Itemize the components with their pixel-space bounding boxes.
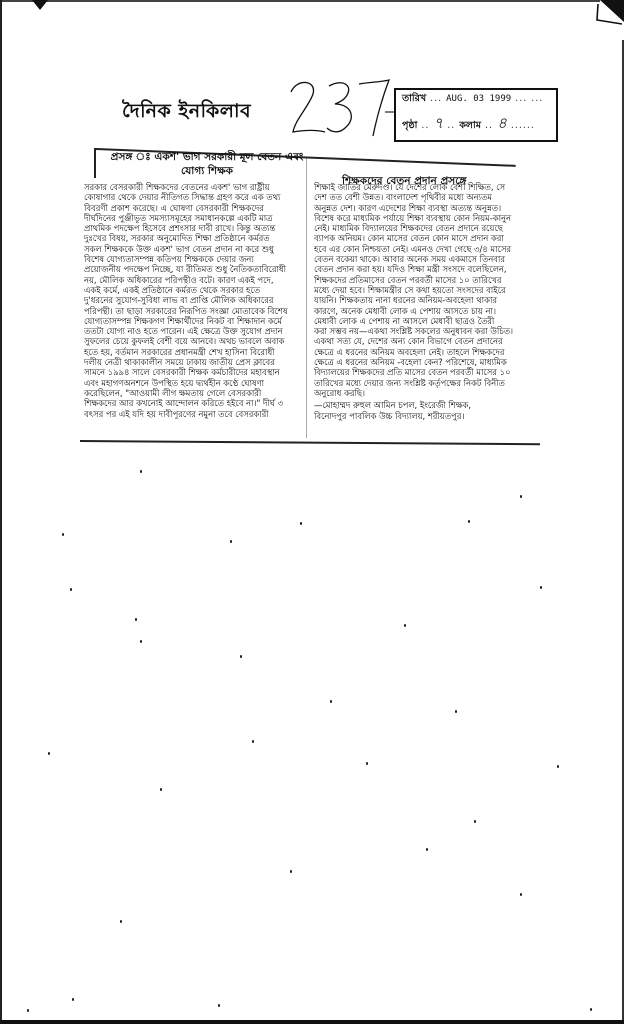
article-line: ক্ষেত্রে এ ধরনের অনিয়ম অবহেলা নেই। তাহল…	[314, 347, 536, 357]
scan-speck	[62, 533, 64, 536]
article-line: বিশেষ যোগ্যতাসম্পন্ন কতিপয় শিক্ষককে দেয…	[84, 254, 306, 264]
article-line: হবে এর কোন নিশ্চয়তা নেই। এমনও দেখা গেছে…	[314, 244, 536, 254]
scan-speck	[540, 586, 542, 589]
article-line: কোষাগার থেকে দেয়ার নীতিগত সিদ্ধান্ত গ্র…	[84, 192, 306, 202]
article-line: এবং মহাগণঅনশনে উপস্থিত হয়ে দ্ব্যর্থহীন …	[84, 378, 306, 388]
page-notch	[32, 0, 48, 10]
article-line: মধ্যে দেয়া হবে। শিক্ষামন্ত্রীর সে কথা হ…	[314, 285, 536, 295]
article-line: যোগ্যতাসম্পন্ন শিক্ষকগণ শিক্ষার্থীদের নি…	[84, 316, 306, 326]
article-line: বেতন প্রদান করা হয়। যদিও শিক্ষা মন্ত্রী…	[314, 264, 536, 274]
dot-leader: ..	[485, 121, 493, 131]
article-line: শিক্ষকদের প্রতিমাসের বেতন পরবর্তী মাসের …	[314, 275, 536, 285]
article-line: হতে হয়, বর্তমান সরকারের প্রধানমন্ত্রী শ…	[84, 347, 306, 357]
article-line: সরকার বেসরকারী শিক্ষকদের বেতনের একশ' ভাগ…	[84, 182, 306, 192]
scan-speck	[474, 820, 476, 823]
scan-speck	[120, 920, 122, 923]
handwritten-number: 237	[285, 76, 395, 138]
article-line: করেছিলেন, "আওয়ামী লীগ ক্ষমতায় গেলে বেস…	[84, 388, 306, 398]
page-edge-left	[0, 0, 2, 1024]
article-line: বিবরণী প্রকাশ করেছে। এ ঘোষণা বেসরকারী শি…	[84, 203, 306, 213]
article-2-body: শিক্ষাই জাতির মেরুদণ্ড। যে দেশের লোক বেশ…	[314, 182, 536, 421]
article-line: বিশেষ করে মাধ্যমিক পর্যায়ে শিক্ষা ব্যবস…	[314, 213, 536, 223]
article-line: বেতন বকেয়া থাকে। আবার অনেক সময় একমাসে …	[314, 254, 536, 264]
article-line: দলীয় নেত্রী থাকাকালীন সময়ে ঢাকায় জাতী…	[84, 357, 306, 367]
scan-speck	[140, 470, 142, 473]
dot-leader: ......	[511, 121, 535, 131]
scan-speck	[404, 624, 406, 627]
article-line: দীর্ঘদিনের পুঞ্জীভূত সমস্যাসমূহের সমাধান…	[84, 213, 306, 223]
stamp-date-row: তারিখ ... AUG. 03 1999 ... ...	[402, 94, 550, 116]
article-signature: —মোহাম্মদ রুহুল আমিন চপল, ইংরেজী শিক্ষক,	[314, 400, 536, 410]
scan-speck	[70, 588, 72, 591]
article-line: সুফলের চেয়ে কুফলই বেশী বয়ে আনবে। অথচ ভ…	[84, 336, 306, 346]
scan-speck	[218, 1004, 220, 1007]
stamp-page-row: পৃষ্ঠা .. ৭ .. কলাম .. ৪ ......	[402, 116, 550, 138]
article-line: মেধাবী লোক এ পেশায় না আসলে মেধাবী ছাত্র…	[314, 316, 536, 326]
article-line: বিদ্যালয়ের শিক্ষকদের প্রতি মাসের বেতন প…	[314, 367, 536, 377]
article-line: সামনে ১৯৯৪ সালে বেসরকারী শিক্ষক কর্মচারী…	[84, 367, 306, 377]
page-edge-bottom	[0, 1020, 624, 1024]
article-line: দু'ধরনের সুযোগ-সুবিধা লাভ বা প্রাপ্তি মৌ…	[84, 295, 306, 305]
dot-leader: ..	[421, 121, 429, 131]
scan-speck	[520, 893, 522, 896]
scan-speck	[426, 848, 428, 851]
article-line: অনুন্নত দেশ। কারণ এদেশের শিক্ষা ব্যবস্থা…	[314, 203, 536, 213]
article-line: প্রাথমিক পদক্ষেপ হিসেবে প্রশংসার দাবী রা…	[84, 223, 306, 233]
article-line: ব্যাপক অনিয়ম। কোন মাসের বেতন কোন মাসে প…	[314, 233, 536, 243]
stamp-date-value: AUG. 03 1999	[446, 95, 511, 104]
dot-leader: ..	[447, 121, 455, 131]
article-line: একথা সত্য যে, দেশের অন্য কোন বিভাগে বেতন…	[314, 336, 536, 346]
article-1-body: সরকার বেসরকারী শিক্ষকদের বেতনের একশ' ভাগ…	[84, 182, 306, 419]
clipping-edge-bottom	[80, 440, 540, 445]
scan-speck	[520, 495, 522, 498]
dot-leader: ...	[430, 94, 442, 104]
article-1-headline: প্রসঙ্গ ঃ একশ' ভাগ সরকারী মূল বেতন এবং য…	[102, 150, 312, 178]
scan-speck	[140, 640, 142, 643]
article-line: ক্ষেত্রে এ ধরনের অনিয়ম -বহেলা কেন? পরিশ…	[314, 357, 536, 367]
article-line: শিক্ষাই জাতির মেরুদণ্ড। যে দেশের লোক বেশ…	[314, 182, 536, 192]
dot-leader: ... ...	[515, 94, 543, 104]
article-line: ততটা যোগ্য নাও হতে পারেন। এই ক্ষেত্রে উক…	[84, 326, 306, 336]
article-line: কারণে, অনেক মেধাবী লোক এ পেশায় আসতে চায…	[314, 306, 536, 316]
scan-speck	[468, 520, 470, 523]
scan-speck	[557, 765, 559, 768]
article-signature: বিনোদপুর পাবলিক উচ্চ বিদ্যালয়, শরীয়তপু…	[314, 411, 536, 421]
page-edge-top	[0, 0, 600, 2]
stamp-page-value: ৭	[433, 116, 443, 131]
scan-speck	[330, 700, 332, 703]
scan-speck	[240, 655, 242, 658]
scan-speck	[366, 762, 368, 765]
scan-speck	[300, 522, 302, 525]
column-divider	[306, 158, 307, 438]
scan-speck	[290, 870, 292, 873]
scan-speck	[252, 740, 254, 743]
folded-corner-icon	[592, 0, 624, 28]
article-1-headline-line-1: প্রসঙ্গ ঃ একশ' ভাগ সরকারী মূল বেতন এবং	[102, 150, 312, 164]
article-line: নেই। মাধ্যমিক বিদ্যালয়ের শিক্ষকদের বেতন…	[314, 223, 536, 233]
article-line: শিক্ষকদের আর কখনোই আন্দোলন করিতে হইবে না…	[84, 398, 306, 408]
article-line: বৎসর পর এই যদি হয় দাবীপূরণের নমুনা তবে …	[84, 409, 306, 419]
newspaper-clipping: প্রসঙ্গ ঃ একশ' ভাগ সরকারী মূল বেতন এবং য…	[80, 140, 540, 460]
article-line: অনুরোধ করছি।	[314, 388, 536, 398]
article-line: করা সম্ভব নয়—একথা সংশ্লিষ্ট সকলের অনুধা…	[314, 326, 536, 336]
article-line: নয়, মৌলিক অধিকারের পরিপন্থীও বটে। কারণ …	[84, 275, 306, 285]
clipping-edge-left	[94, 148, 96, 178]
article-line: সকল শিক্ষককে উক্ত একশ' ভাগ বেতন প্রদান ন…	[84, 244, 306, 254]
article-line: প্রয়োজনীয় পদক্ষেপ নিচ্ছে, যা রীতিমত শু…	[84, 264, 306, 274]
clipping-stamp: তারিখ ... AUG. 03 1999 ... ... পৃষ্ঠা ..…	[394, 88, 558, 142]
scan-speck	[135, 618, 137, 621]
article-line: তারিখের মধ্যে দেয়ার জন্য সংশ্লিষ্ট কর্ত…	[314, 378, 536, 388]
scan-speck	[72, 998, 74, 1001]
scan-speck	[160, 788, 162, 791]
stamp-column-label: কলাম	[459, 121, 481, 131]
stamp-page-label: পৃষ্ঠা	[402, 121, 417, 131]
article-line: দেশ তত বেশী উন্নত। বাংলাদেশ পৃথিবীর মধ্য…	[314, 192, 536, 202]
scan-speck	[590, 1008, 592, 1011]
scan-speck	[27, 1009, 29, 1012]
scan-speck	[230, 540, 232, 543]
article-1-headline-line-2: যোগ্য শিক্ষক	[102, 164, 312, 178]
article-line: পরিপন্থী। তা ছাড়া সরকারের নিরূপিত সংজ্ঞ…	[84, 306, 306, 316]
scan-speck	[48, 752, 50, 755]
stamp-column-value: ৪	[497, 116, 507, 131]
newspaper-masthead: দৈনিক ইনকিলাব	[122, 97, 251, 129]
scan-speck	[455, 710, 457, 713]
article-line: দুঃখের বিষয়, সরকার অনুমোদিত শিক্ষা প্রত…	[84, 233, 306, 243]
article-line: একই কর্মে, একই প্রতিষ্ঠানে কর্মরত থেকে স…	[84, 285, 306, 295]
article-line: যায়নি। শিক্ষকতায় নানা ধরনের অনিয়ম-অবহ…	[314, 295, 536, 305]
stamp-date-label: তারিখ	[402, 94, 426, 104]
